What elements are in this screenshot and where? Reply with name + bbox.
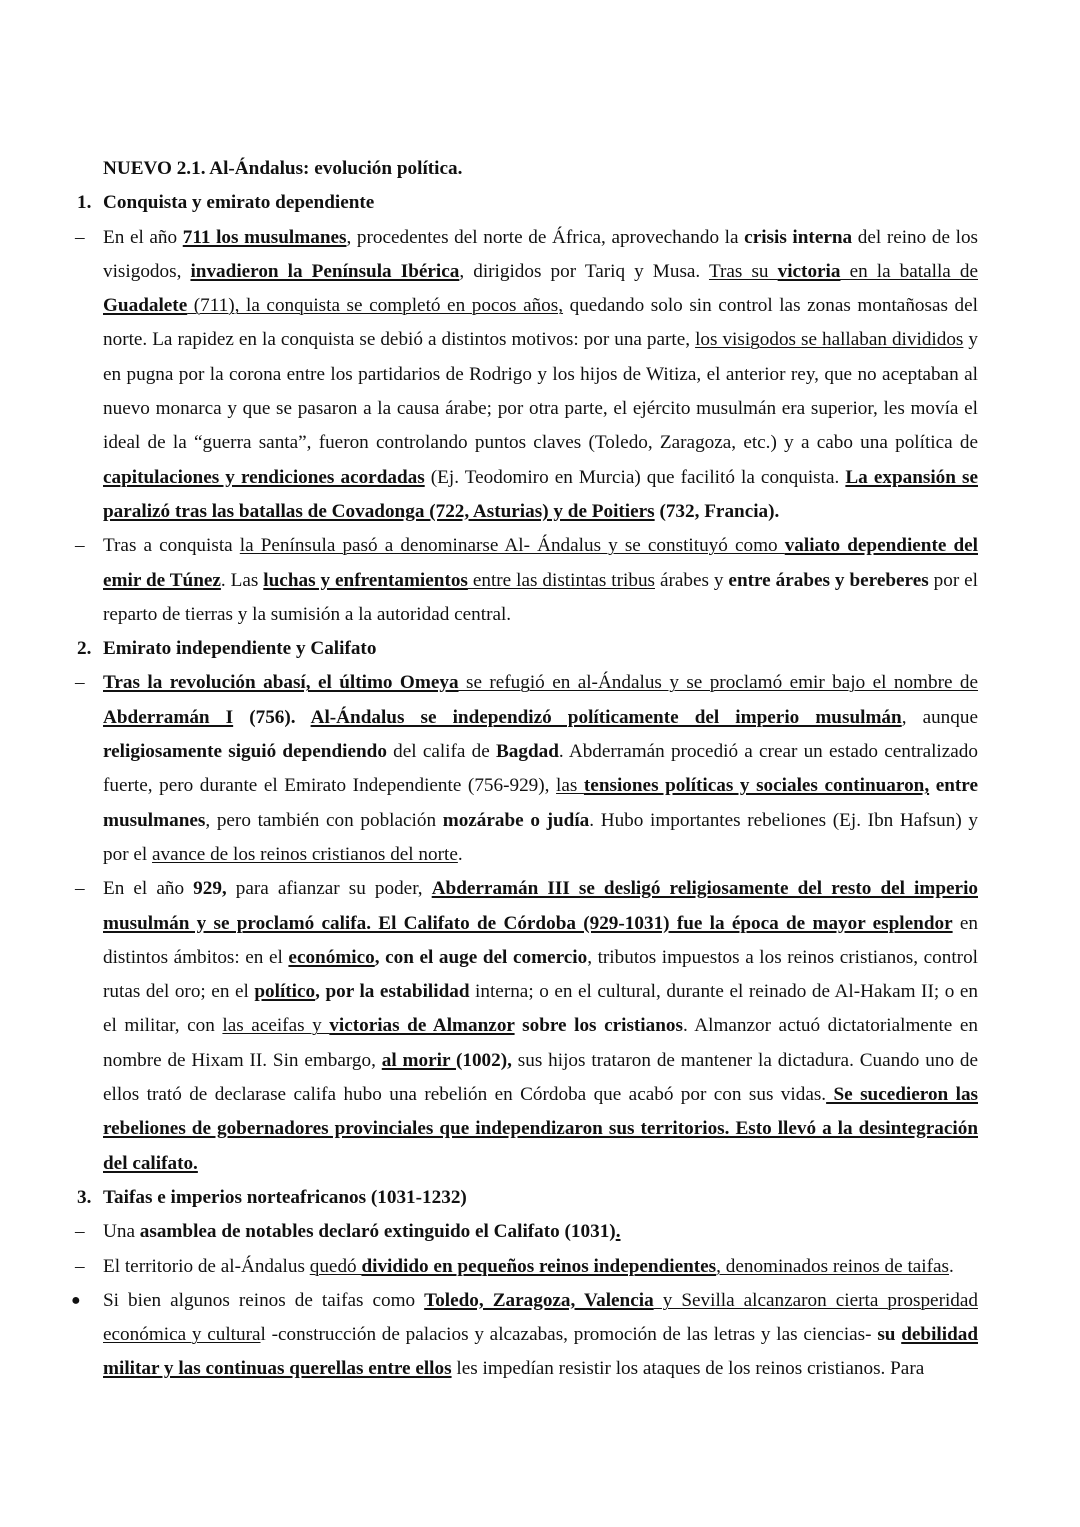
underlined-run: Tras su: [709, 261, 778, 282]
underlined-run: las: [556, 775, 584, 796]
section-heading-text: Conquista y emirato dependiente: [103, 192, 374, 213]
paragraph-item: ●Si bien algunos reinos de taifas como T…: [103, 1284, 978, 1387]
bold-underlined-run: victorias de Almanzor: [329, 1015, 514, 1036]
underlined-run: se refugió en al-Ándalus y se proclamó e…: [459, 672, 978, 693]
bold-underlined-run: invadieron la Península Ibérica: [190, 261, 459, 282]
text-run: .: [458, 844, 463, 865]
dash-marker: –: [75, 221, 97, 255]
bold-underlined-run: Abderramán I: [103, 707, 233, 728]
text-run: les impedían resistir los ataques de los…: [452, 1358, 925, 1379]
paragraph-item: –El territorio de al-Ándalus quedó divid…: [103, 1250, 978, 1284]
bold-run: (1002),: [456, 1050, 512, 1071]
bold-run: asamblea de notables declaró extinguido …: [140, 1221, 616, 1242]
bold-run: Bagdad: [496, 741, 559, 762]
section-number: 1.: [77, 186, 99, 220]
underlined-run: los visigodos se hallaban divididos: [695, 329, 963, 350]
paragraph-item: –Tras la revolución abasí, el último Ome…: [103, 666, 978, 872]
dash-marker: –: [75, 872, 97, 906]
bold-underlined-run: 711 los musulmanes: [183, 227, 347, 248]
bold-run: mozárabe o judía: [443, 810, 590, 831]
dash-marker: –: [75, 529, 97, 563]
section-heading-text: Emirato independiente y Califato: [103, 638, 376, 659]
bold-run: (756).: [233, 707, 310, 728]
bold-run: (732, Francia).: [655, 501, 780, 522]
section-heading: 3.Taifas e imperios norteafricanos (1031…: [103, 1181, 978, 1215]
bold-run: sobre los cristianos: [515, 1015, 683, 1036]
section-heading: 2.Emirato independiente y Califato: [103, 632, 978, 666]
bold-run: , por la estabilidad: [315, 981, 469, 1002]
section-number: 3.: [77, 1181, 99, 1215]
text-run: , pero también con población: [205, 810, 442, 831]
text-run: El territorio de al-Ándalus: [103, 1256, 310, 1277]
text-run: . Las: [221, 570, 263, 591]
bold-run: su: [877, 1324, 901, 1345]
underlined-run: avance de los reinos cristianos del nort…: [152, 844, 458, 865]
underlined-run: en la batalla de: [840, 261, 978, 282]
paragraph-item: –Una asamblea de notables declaró exting…: [103, 1215, 978, 1249]
underlined-run: las aceifas y: [222, 1015, 329, 1036]
bold-underlined-run: económico: [288, 947, 374, 968]
bold-underlined-run: victoria: [778, 261, 841, 282]
text-run: , procedentes del norte de África, aprov…: [346, 227, 744, 248]
bold-run: 929,: [193, 878, 227, 899]
text-run: .: [949, 1256, 954, 1277]
sections-container: 1.Conquista y emirato dependiente–En el …: [103, 186, 978, 1386]
bold-underlined-run: tensiones políticas y sociales continuar…: [584, 775, 929, 796]
bold-underlined-run: Tras la revolución abasí, el último Omey…: [103, 672, 459, 693]
bold-underlined-run: capitulaciones y rendiciones acordadas: [103, 467, 425, 488]
bullet-icon: ●: [71, 1284, 93, 1318]
bold-run: crisis interna: [744, 227, 852, 248]
section-number: 2.: [77, 632, 99, 666]
bold-underlined-run: dividido en pequeños reinos independient…: [361, 1256, 716, 1277]
paragraph-item: –En el año 711 los musulmanes, procedent…: [103, 221, 978, 530]
text-run: Una: [103, 1221, 140, 1242]
section-heading: 1.Conquista y emirato dependiente: [103, 186, 978, 220]
paragraph-item: –Tras a conquista la Península pasó a de…: [103, 529, 978, 632]
underlined-run: entre las distintas tribus: [468, 570, 655, 591]
bold-run: entre árabes y bereberes: [728, 570, 928, 591]
text-run: l -construcción de palacios y alcazabas,…: [261, 1324, 878, 1345]
text-run: , dirigidos por Tariq y Musa.: [459, 261, 709, 282]
underlined-run: (711), la conquista se completó en pocos…: [187, 295, 563, 316]
text-run: En el año: [103, 878, 193, 899]
bold-underlined-run: Toledo, Zaragoza, Valencia: [424, 1290, 654, 1311]
paragraph-item: –En el año 929, para afianzar su poder, …: [103, 872, 978, 1181]
document-body: NUEVO 2.1. Al-Ándalus: evolución polític…: [103, 152, 978, 1387]
section-heading-text: Taifas e imperios norteafricanos (1031-1…: [103, 1187, 467, 1208]
dash-marker: –: [75, 1250, 97, 1284]
bold-underlined-run: luchas y enfrentamientos: [263, 570, 468, 591]
bold-underlined-run: al morir: [382, 1050, 456, 1071]
text-run: para afianzar su poder,: [227, 878, 432, 899]
bold-run: religiosamente siguió dependiendo: [103, 741, 387, 762]
bold-underlined-run: Guadalete: [103, 295, 187, 316]
text-run: del califa de: [387, 741, 496, 762]
text-run: árabes y: [655, 570, 728, 591]
text-run: (Ej. Teodomiro en Murcia) que facilitó l…: [425, 467, 846, 488]
text-run: , aunque: [902, 707, 978, 728]
bold-underlined-run: Al-Ándalus se independizó políticamente …: [311, 707, 902, 728]
bold-underlined-run: .: [616, 1221, 621, 1242]
bold-underlined-run: político: [254, 981, 315, 1002]
text-run: Si bien algunos reinos de taifas como: [103, 1290, 424, 1311]
underlined-run: la Península pasó a denominarse Al- Ánda…: [240, 535, 785, 556]
text-run: Tras a conquista: [103, 535, 240, 556]
dash-marker: –: [75, 666, 97, 700]
underlined-run: , denominados reinos de taifas: [716, 1256, 949, 1277]
document-page: NUEVO 2.1. Al-Ándalus: evolución polític…: [0, 0, 1080, 1527]
bold-run: , con el auge del comercio: [375, 947, 587, 968]
text-run: En el año: [103, 227, 183, 248]
document-title: NUEVO 2.1. Al-Ándalus: evolución polític…: [103, 152, 978, 186]
underlined-run: quedó: [310, 1256, 362, 1277]
dash-marker: –: [75, 1215, 97, 1249]
